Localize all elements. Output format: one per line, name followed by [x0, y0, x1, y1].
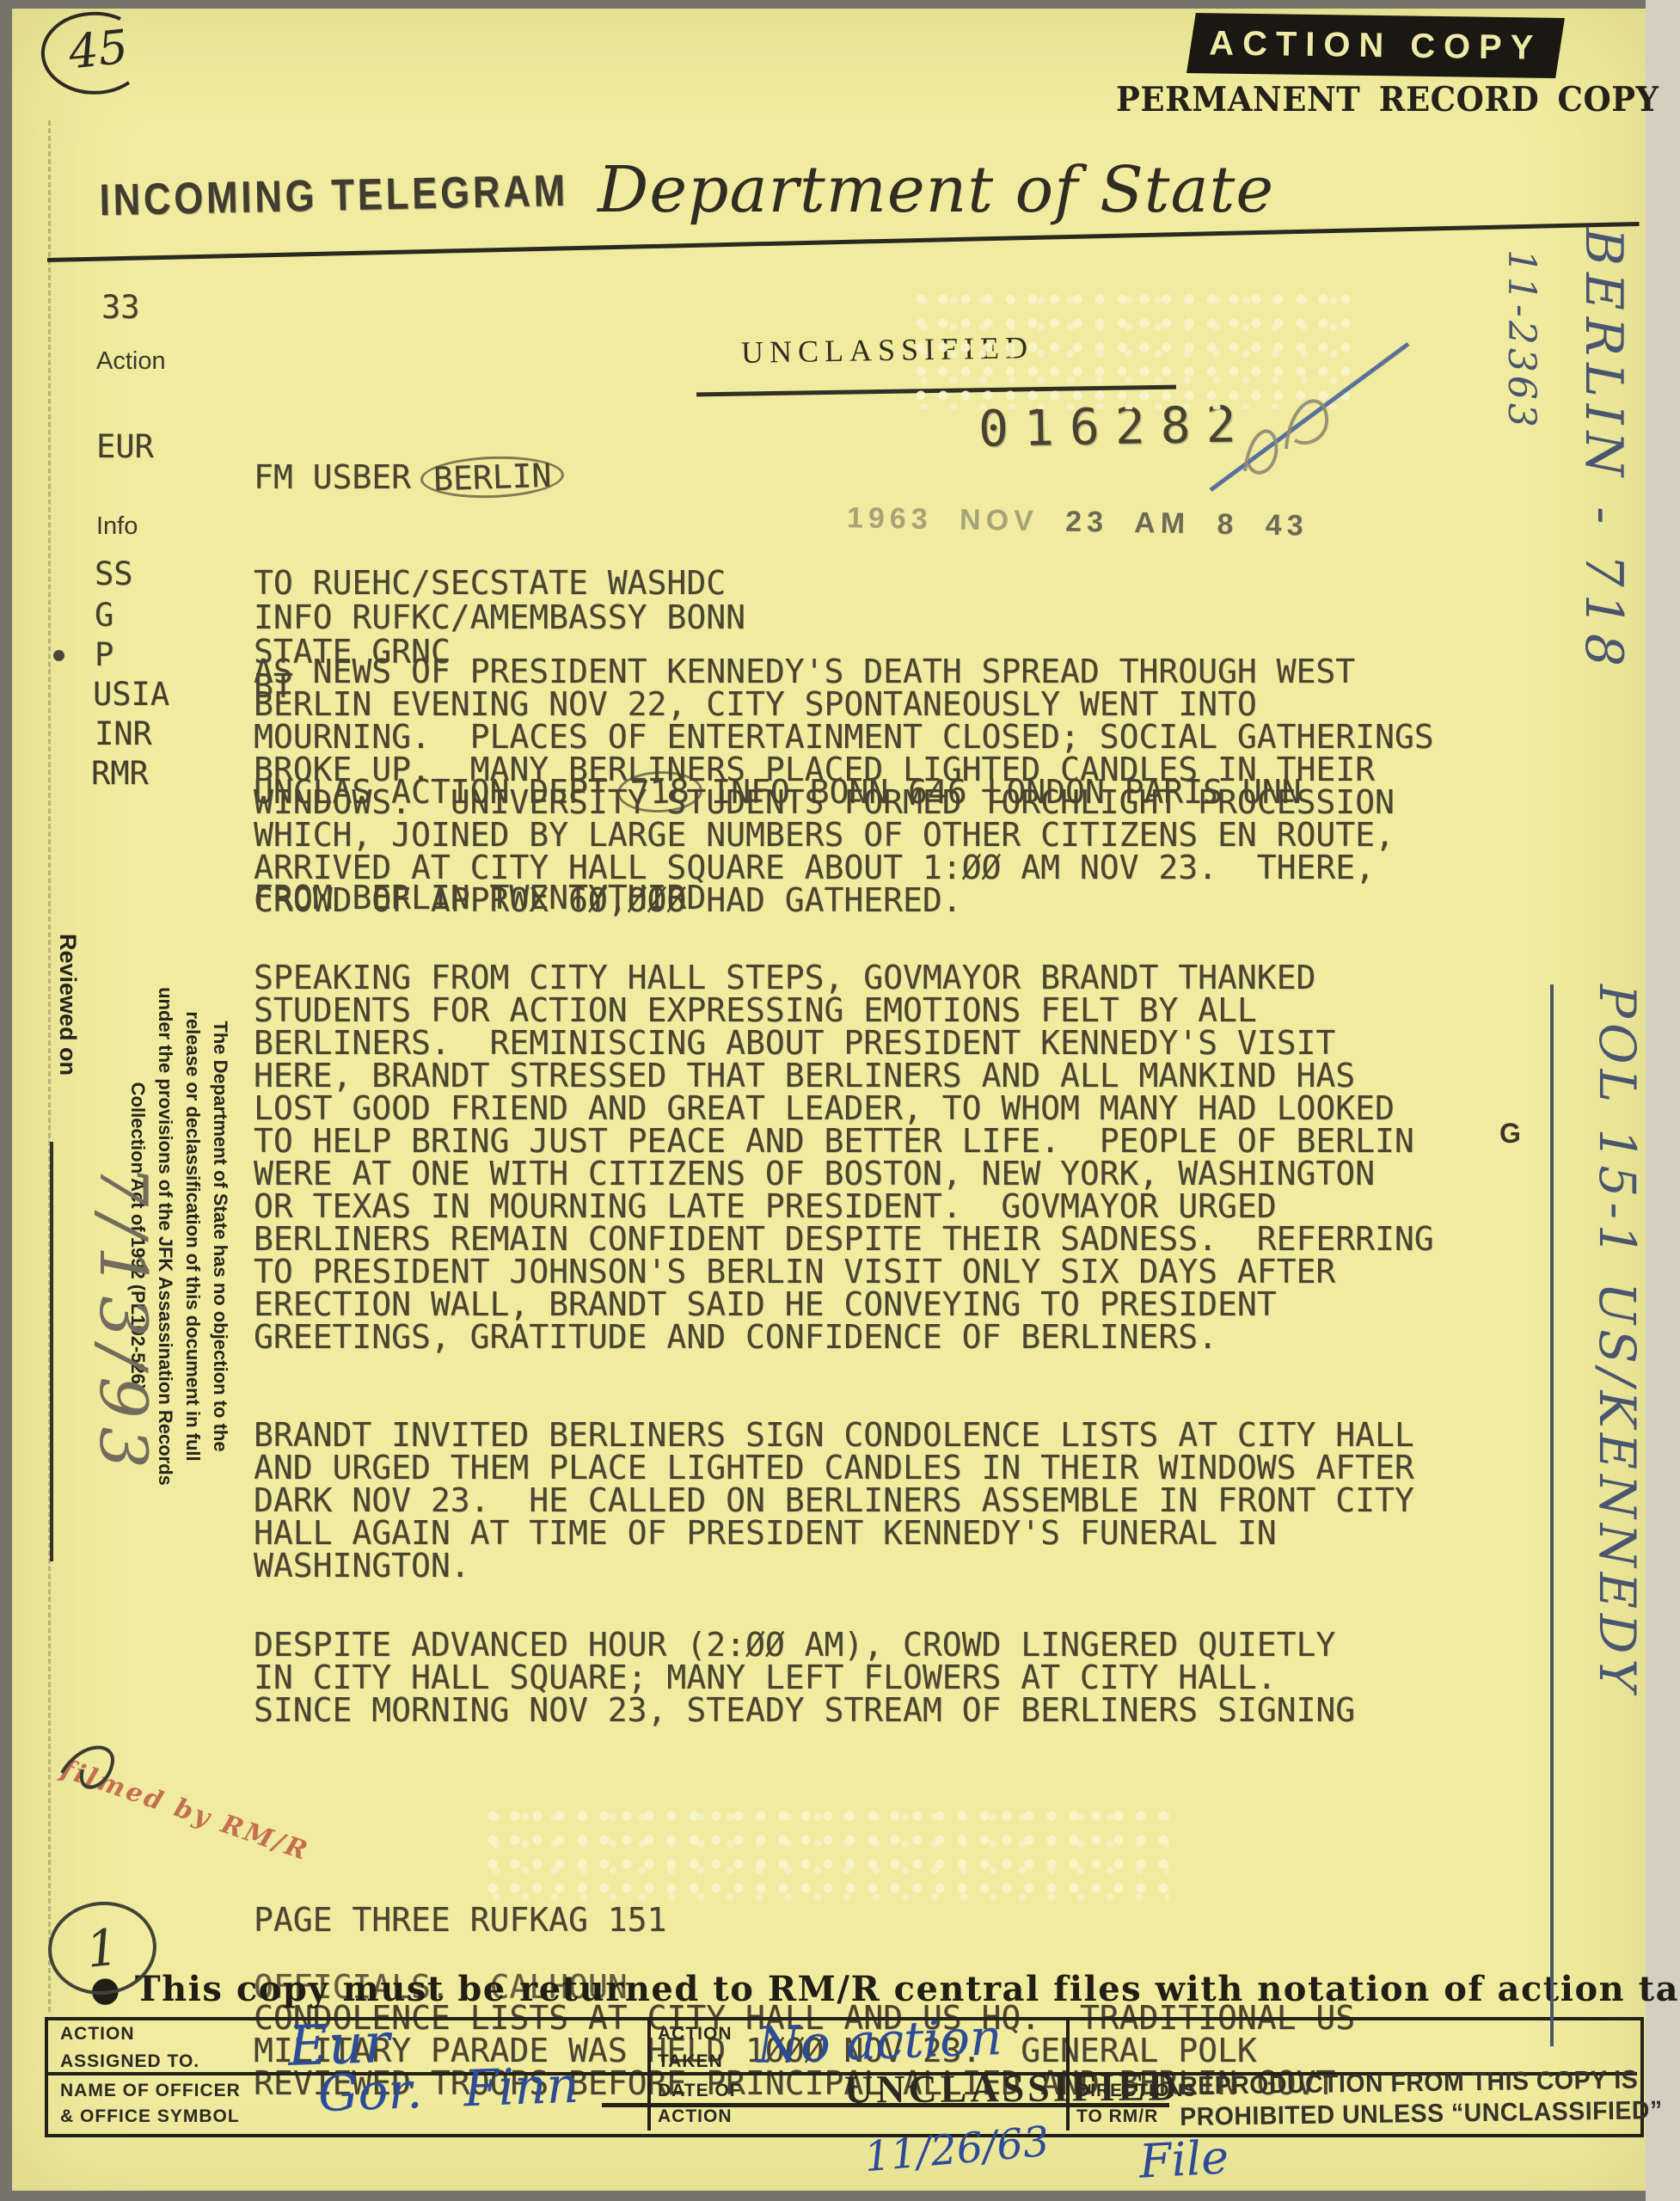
routing-code-eur: EUR: [96, 428, 154, 465]
reviewed-on-label: Reviewed on: [45, 934, 81, 1149]
paragraph-2: SPEAKING FROM CITY HALL STEPS, GOVMAYOR …: [254, 961, 1434, 1353]
action-copy-stamp: ACTION COPY: [1186, 13, 1565, 78]
form-action-label-2: ACTION: [658, 2024, 733, 2045]
form-date-action-label: ACTION: [658, 2106, 733, 2127]
scanned-telegram-page: { "corner_note": "45", "stamps": { "acti…: [0, 0, 1680, 2201]
paragraph-1: AS NEWS OF PRESIDENT KENNEDY'S DEATH SPR…: [254, 655, 1434, 917]
routing-code-rmr: RMR: [91, 755, 149, 792]
perforation-dots-top: [910, 287, 1352, 409]
declass-line-1: The Department of State has no objection…: [206, 930, 234, 1542]
g-mark-stamp: G: [1499, 1118, 1521, 1150]
handwritten-review-date: 7/13/93: [71, 1165, 162, 1526]
handwritten-corner-number: 45: [66, 20, 131, 80]
date-received-year: 1963 NOV: [847, 501, 1039, 537]
routing-code-ss: SS: [95, 555, 133, 592]
form-office-symbol-label: & OFFICE SYMBOL: [60, 2106, 240, 2127]
circled-berlin: BERLIN: [420, 454, 565, 500]
handwritten-subject-ref-pol15: POL 15-1 US/KENNEDY: [1550, 984, 1646, 2046]
scan-edge-strip: [1646, 0, 1680, 2201]
page-three-header: PAGE THREE RUFKAG 151: [254, 1904, 1355, 1936]
from-line-text: FM USBER: [254, 458, 431, 496]
telegram-number: 33: [101, 289, 140, 326]
incoming-telegram-title: INCOMING TELEGRAM: [99, 164, 568, 226]
handwritten-file-note: File: [1137, 2130, 1229, 2188]
reviewed-on-underline: [50, 1142, 53, 1561]
handwritten-action-taken: No action: [756, 2008, 1003, 2075]
handwritten-file-ref-date: 11-2363: [1496, 249, 1543, 559]
info-routing-label: Info: [96, 512, 138, 541]
rmr-return-note: ● This copy must be returned to RM/R cen…: [90, 1969, 1680, 2009]
paragraph-3: BRANDT INVITED BERLINERS SIGN CONDOLENCE…: [254, 1419, 1414, 1582]
permanent-record-copy-stamp: PERMANENT RECORD COPY: [1116, 79, 1659, 119]
paragraph-4: DESPITE ADVANCED HOUR (2:ØØ AM), CROWD L…: [254, 1628, 1355, 1726]
action-copy-stamp-text: ACTION COPY: [1209, 24, 1542, 67]
form-name-of-officer-label: NAME OF OFFICER: [60, 2081, 241, 2101]
form-taken-label: TAKEN: [658, 2051, 723, 2072]
form-date-of-label: DATE OF: [658, 2081, 742, 2101]
form-action-label-1: ACTION: [60, 2024, 135, 2045]
routing-code-inr: INR: [95, 715, 152, 752]
circled-page-number-text: 1: [83, 1917, 121, 1978]
handwritten-officer-name: Gor. Finn: [317, 2056, 579, 2124]
handwritten-file-ref-berlin-718: BERLIN - 718: [1548, 228, 1634, 830]
margin-dot: [53, 650, 64, 661]
perforation-dots-bottom: [481, 1804, 1169, 1903]
form-assigned-to-label: ASSIGNED TO.: [60, 2051, 199, 2072]
routing-code-usia: USIA: [93, 676, 169, 713]
department-of-state-title: Department of State: [598, 153, 1274, 227]
from-line: FM USBER BERLIN: [254, 457, 1302, 497]
declass-line-2: release or declassification of this docu…: [179, 930, 206, 1542]
stamp-strike-line: [602, 2103, 1169, 2107]
date-received-time: 23 AM 8 43: [1065, 506, 1309, 543]
routing-code-p: P: [95, 636, 113, 673]
action-routing-label: Action: [96, 347, 166, 376]
routing-code-g: G: [95, 597, 113, 634]
